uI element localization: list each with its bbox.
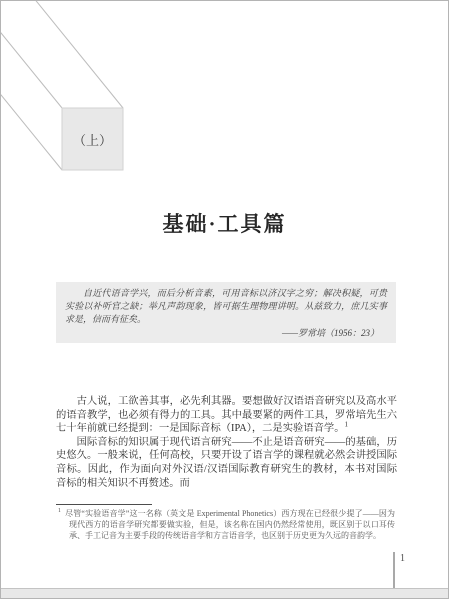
book-page: （上） 基础·工具篇 自近代语音学兴，而后分析音素，可用音标以济汉字之穷；解决积… — [0, 0, 449, 599]
page-number-rule — [393, 552, 395, 589]
footnote: 1尽管“实验语音学”这一名称（英文是 Experimental Phonetic… — [58, 508, 395, 541]
footnote-marker: 1 — [58, 508, 61, 514]
footnote-separator-rule — [56, 504, 152, 505]
paragraph-2: 国际音标的知识属于现代语言研究——不止是语音研究——的基础，历史悠久。一般来说，… — [56, 436, 397, 490]
volume-label: （上） — [62, 108, 123, 170]
page-number: 1 — [400, 553, 405, 564]
page-body: （上） 基础·工具篇 自近代语音学兴，而后分析音素，可用音标以济汉字之穷；解决积… — [1, 1, 448, 589]
paragraph-2-text: 国际音标的知识属于现代语言研究——不止是语音研究——的基础，历史悠久。一般来说，… — [56, 437, 397, 489]
page-edge-shadow — [1, 588, 448, 598]
section-title: 基础·工具篇 — [1, 208, 448, 238]
footnote-reference: 1 — [345, 421, 349, 429]
epigraph-attribution: ——罗常培（1956：23） — [65, 327, 387, 340]
epigraph-text: 自近代语音学兴，而后分析音素，可用音标以济汉字之穷；解决积疑，可贵实验以补听官之… — [65, 287, 387, 326]
epigraph-quote-block: 自近代语音学兴，而后分析音素，可用音标以济汉字之穷；解决积疑，可贵实验以补听官之… — [56, 282, 396, 343]
footnote-text: 尽管“实验语音学”这一名称（英文是 Experimental Phonetics… — [65, 509, 395, 540]
body-text: 古人说，工欲善其事，必先利其器。要想做好汉语语音研究以及高水平的语音教学，也必须… — [56, 395, 397, 490]
paragraph-1: 古人说，工欲善其事，必先利其器。要想做好汉语语音研究以及高水平的语音教学，也必须… — [56, 395, 397, 436]
3d-bar-decoration — [1, 1, 201, 201]
